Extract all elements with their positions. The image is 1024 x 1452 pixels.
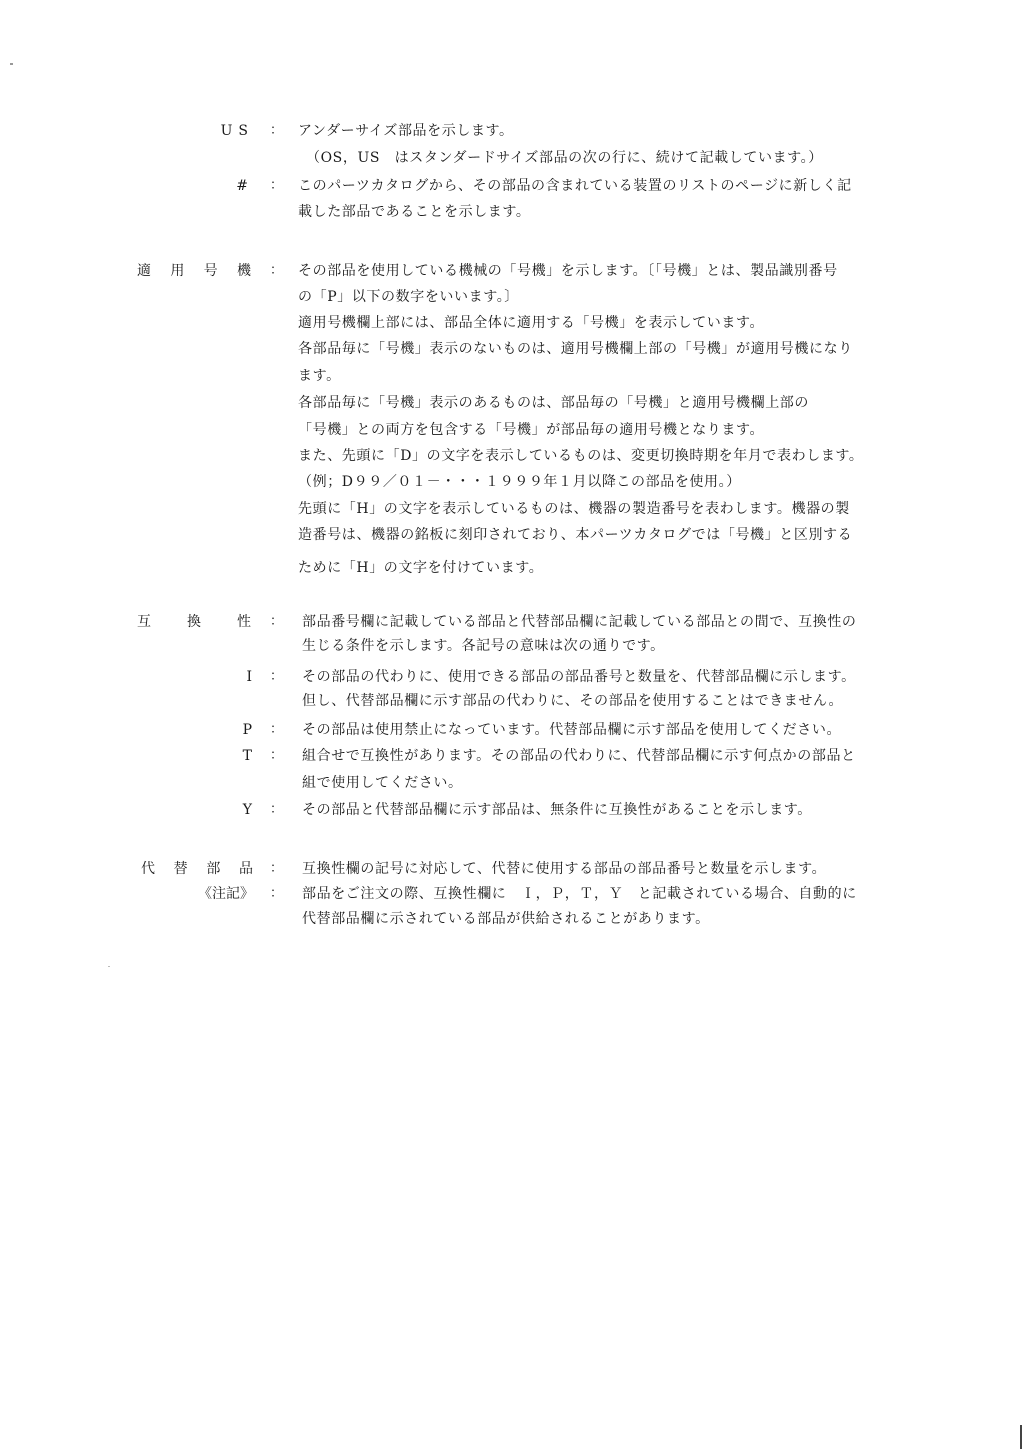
definition-row: 造番号は、機器の銘板に刻印されており、本パーツカタログでは「号機」と区別する (0, 523, 1024, 547)
definition-line: 「号機」との両方を包含する「号機」が部品毎の適用号機となります。 (298, 418, 764, 442)
definition-line: その部品は使用禁止になっています。代替部品欄に示す部品を使用してください。 (302, 718, 841, 742)
definition-line: 部品番号欄に記載している部品と代替部品欄に記載している部品との間で、互換性の (302, 610, 857, 634)
term-char: 性 (237, 610, 251, 634)
definition-line: 組合せで互換性があります。その部品の代わりに、代替部品欄に示す何点かの部品と (302, 744, 856, 768)
colon: ： (270, 744, 280, 768)
entry-hash: # ： このパーツカタログから、その部品の含まれている装置のリストのページに新し… (0, 174, 1024, 198)
colon: ： (270, 174, 280, 198)
term-char: 適 (137, 259, 151, 283)
definition-row: （例；D９９／０１－・・・１９９９年１月以降この部品を使用。） (0, 470, 1024, 494)
term-char: 替 (174, 857, 188, 881)
definition-line: 各部品毎に「号機」表示のないものは、適用号機欄上部の「号機」が適用号機になり (298, 337, 853, 361)
definition-row: 「号機」との両方を包含する「号機」が部品毎の適用号機となります。 (0, 418, 1024, 442)
definition-line: ます。 (298, 364, 341, 388)
definition-row: 代替部品欄に示されている部品が供給されることがあります。 (0, 907, 1024, 931)
code-p: P ： その部品は使用禁止になっています。代替部品欄に示す部品を使用してください… (0, 718, 1024, 742)
definition-line: 先頭に「H」の文字を表示しているものは、機器の製造番号を表わします。機器の製 (298, 497, 850, 521)
definition-row: 各部品毎に「号機」表示のないものは、適用号機欄上部の「号機」が適用号機になり (0, 337, 1024, 361)
definition-row: の「P」以下の数字をいいます。〕 (0, 285, 1024, 309)
term-char: 換 (187, 610, 201, 634)
scan-speck (10, 63, 13, 65)
definition-line: 組で使用してください。 (302, 771, 463, 795)
code-t: T ： 組合せで互換性があります。その部品の代わりに、代替部品欄に示す何点かの部… (0, 744, 1024, 768)
definition-line: 載した部品であることを示します。 (298, 200, 530, 224)
code-label: T (232, 744, 252, 768)
entry-note: 《注記》 ： 部品をご注文の際、互換性欄に Ｉ，Ｐ，Ｔ，Ｙ と記載されている場合… (0, 882, 1024, 906)
entry-us-cont: （OS，US はスタンダードサイズ部品の次の行に、続けて記載しています。） (0, 146, 1024, 170)
definition-row: 但し、代替部品欄に示す部品の代わりに、その部品を使用することはできません。 (0, 689, 1024, 713)
definition-line: その部品を使用している機械の「号機」を示します。〔「号機」とは、製品識別番号 (298, 259, 838, 283)
entry-us: US ： アンダーサイズ部品を示します。 (0, 119, 1024, 143)
definition-line: 互換性欄の記号に対応して、代替に使用する部品の部品番号と数量を示します。 (302, 857, 826, 881)
definition-line: 造番号は、機器の銘板に刻印されており、本パーツカタログでは「号機」と区別する (298, 523, 852, 547)
term-applicable-serial: 適 用 号 機 (137, 259, 251, 283)
entry-hash-cont: 載した部品であることを示します。 (0, 200, 1024, 224)
definition-line: 部品をご注文の際、互換性欄に Ｉ，Ｐ，Ｔ，Ｙ と記載されている場合、自動的に (302, 882, 857, 906)
colon: ： (270, 718, 280, 742)
definition-row: 組で使用してください。 (0, 771, 1024, 795)
scan-speck (108, 966, 110, 967)
colon: ： (270, 610, 280, 634)
colon: ： (270, 857, 280, 881)
definition-line: 生じる条件を示します。各記号の意味は次の通りです。 (302, 634, 665, 658)
term-char: 部 (206, 857, 220, 881)
term-char: 用 (170, 259, 184, 283)
term-note: 《注記》 (176, 882, 254, 906)
term-char: 品 (239, 857, 253, 881)
entry-applicable-serial: 適 用 号 機 ： その部品を使用している機械の「号機」を示します。〔「号機」と… (0, 259, 1024, 283)
term-char: 代 (141, 857, 155, 881)
definition-line: の「P」以下の数字をいいます。〕 (298, 285, 519, 309)
term-char: 機 (237, 259, 251, 283)
definition-row: 生じる条件を示します。各記号の意味は次の通りです。 (0, 634, 1024, 658)
scan-edge-mark (1020, 1425, 1022, 1449)
entry-substitute-parts: 代 替 部 品 ： 互換性欄の記号に対応して、代替に使用する部品の部品番号と数量… (0, 857, 1024, 881)
definition-line: （OS，US はスタンダードサイズ部品の次の行に、続けて記載しています。） (306, 146, 823, 170)
definition-row: ます。 (0, 364, 1024, 388)
code-label: P (232, 718, 252, 742)
code-label: Y (232, 798, 252, 822)
term-us: US (214, 119, 254, 143)
code-i: I ： その部品の代わりに、使用できる部品の部品番号と数量を、代替部品欄に示しま… (0, 665, 1024, 689)
definition-line: ために「H」の文字を付けています。 (298, 556, 543, 580)
definition-row: 各部品毎に「号機」表示のあるものは、部品毎の「号機」と適用号機欄上部の (0, 391, 1024, 415)
term-char: 号 (204, 259, 218, 283)
term-hash: # (226, 174, 248, 198)
definition-row: 先頭に「H」の文字を表示しているものは、機器の製造番号を表わします。機器の製 (0, 497, 1024, 521)
term-char: 互 (137, 610, 151, 634)
definition-line: 代替部品欄に示されている部品が供給されることがあります。 (302, 907, 710, 931)
term-compatibility: 互 換 性 (137, 610, 251, 634)
definition-line: また、先頭に「D」の文字を表示しているものは、変更切換時期を年月で表わします。 (298, 444, 864, 468)
colon: ： (270, 798, 280, 822)
definition-line: 適用号機欄上部には、部品全体に適用する「号機」を表示しています。 (298, 311, 764, 335)
definition-line: 各部品毎に「号機」表示のあるものは、部品毎の「号機」と適用号機欄上部の (298, 391, 809, 415)
definition-line: アンダーサイズ部品を示します。 (298, 119, 514, 143)
definition-line: その部品と代替部品欄に示す部品は、無条件に互換性があることを示します。 (302, 798, 812, 822)
code-label: I (232, 665, 252, 689)
code-y: Y ： その部品と代替部品欄に示す部品は、無条件に互換性があることを示します。 (0, 798, 1024, 822)
definition-line: （例；D９９／０１－・・・１９９９年１月以降この部品を使用。） (298, 470, 741, 494)
definition-row: 適用号機欄上部には、部品全体に適用する「号機」を表示しています。 (0, 311, 1024, 335)
definition-line: 但し、代替部品欄に示す部品の代わりに、その部品を使用することはできません。 (302, 689, 843, 713)
definition-row: また、先頭に「D」の文字を表示しているものは、変更切換時期を年月で表わします。 (0, 444, 1024, 468)
colon: ： (270, 882, 280, 906)
definition-row: ために「H」の文字を付けています。 (0, 556, 1024, 580)
definition-line: その部品の代わりに、使用できる部品の部品番号と数量を、代替部品欄に示します。 (302, 665, 856, 689)
document-page: US ： アンダーサイズ部品を示します。 （OS，US はスタンダードサイズ部品… (0, 0, 1024, 1452)
colon: ： (270, 119, 280, 143)
entry-compatibility: 互 換 性 ： 部品番号欄に記載している部品と代替部品欄に記載している部品との間… (0, 610, 1024, 634)
term-substitute-parts: 代 替 部 品 (141, 857, 253, 881)
colon: ： (270, 665, 280, 689)
colon: ： (270, 259, 280, 283)
definition-line: このパーツカタログから、その部品の含まれている装置のリストのページに新しく記 (298, 174, 852, 198)
